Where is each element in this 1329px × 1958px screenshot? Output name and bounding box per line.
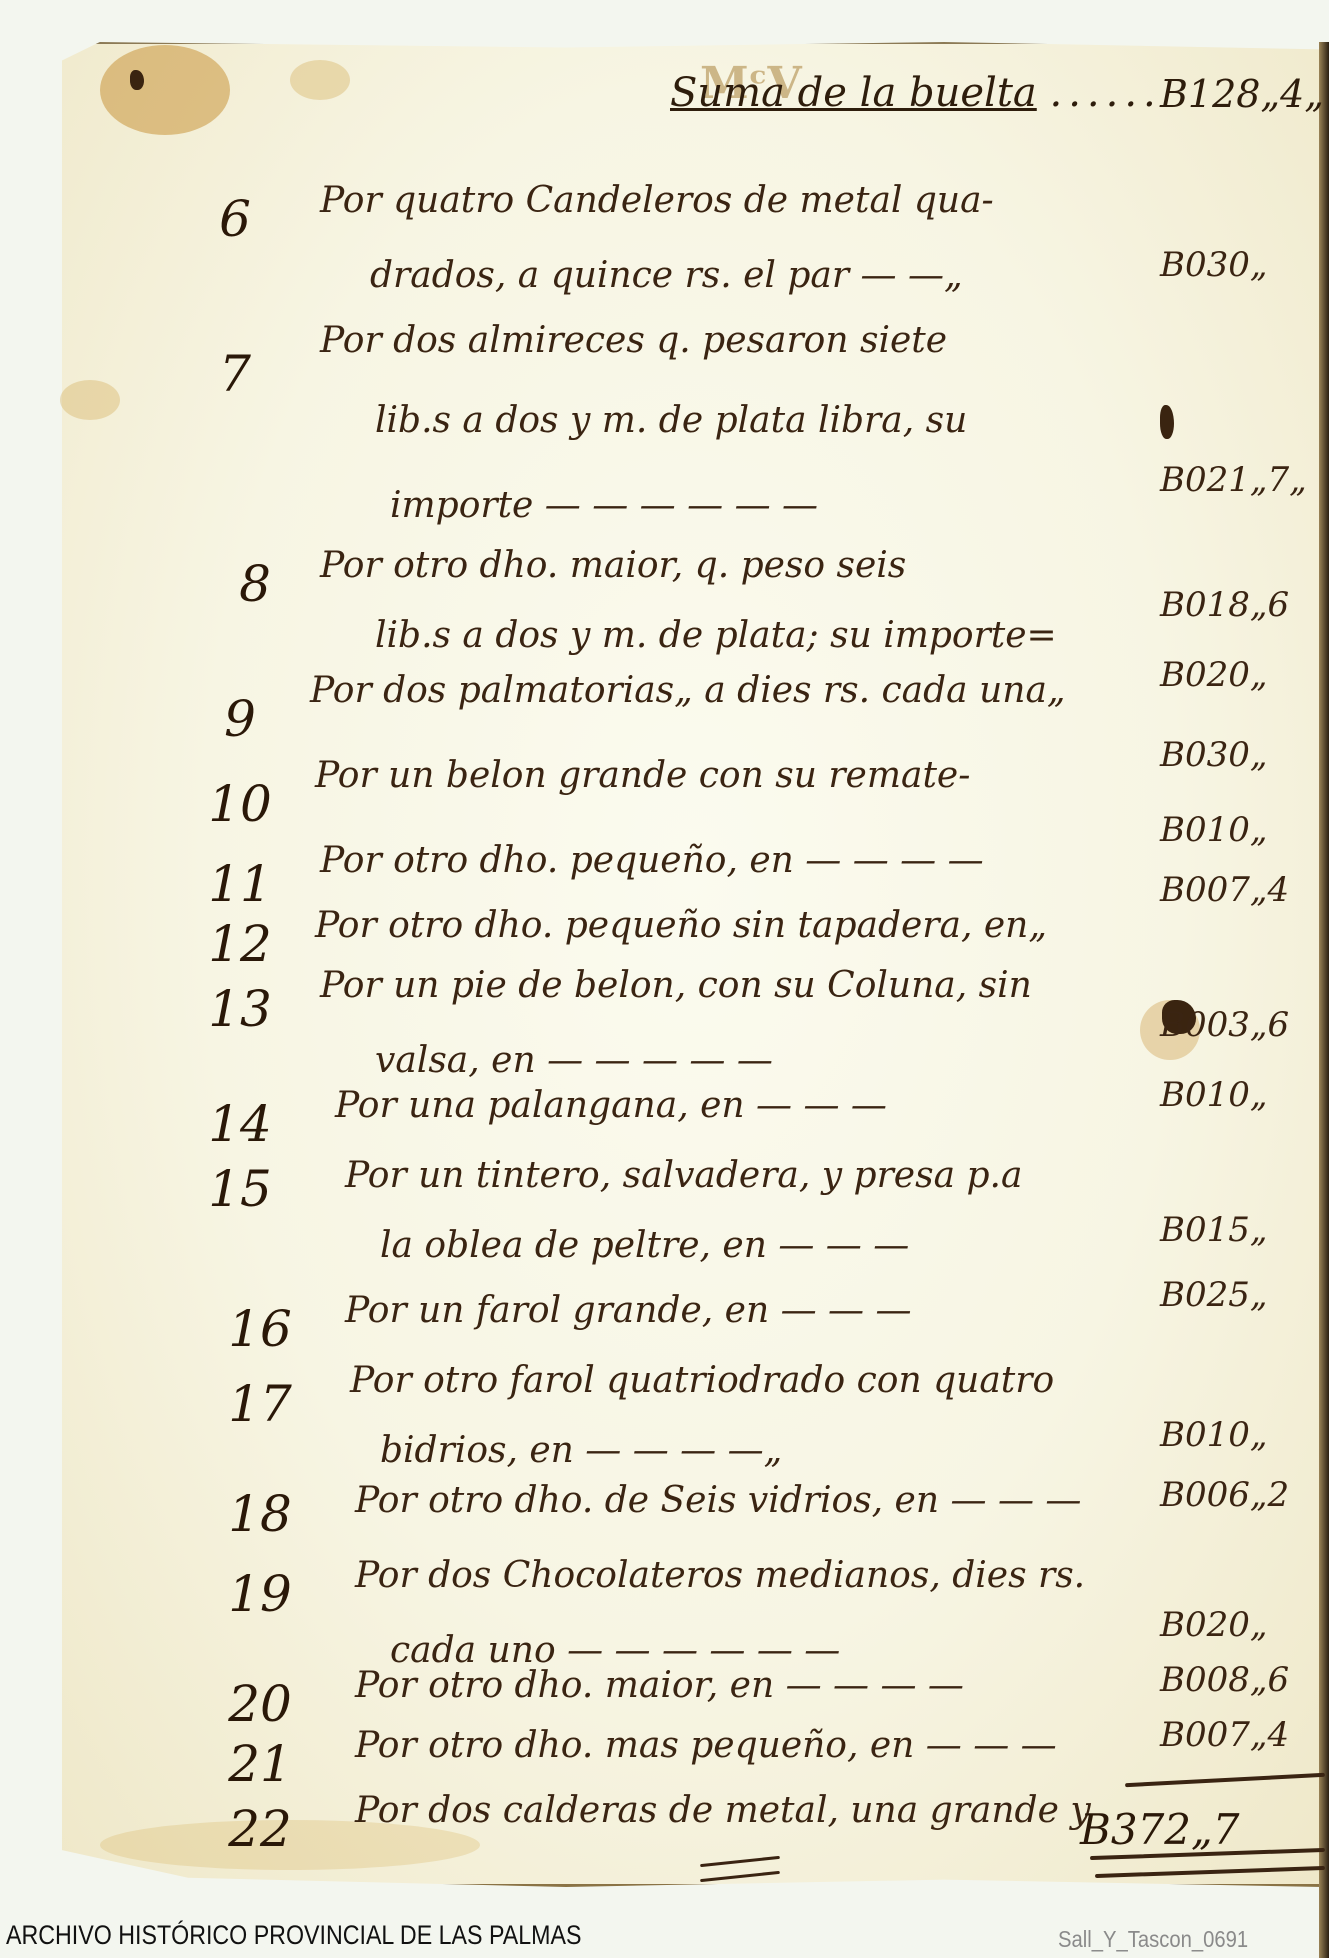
entry-line: importe — — — — — — — [390, 485, 818, 526]
ink-blot — [1160, 405, 1174, 439]
entry-line: Por otro dho. de Seis vidrios, en — — — — [355, 1480, 1081, 1521]
entry-line: Por dos almireces q. pesaron siete — [320, 320, 947, 361]
entry-amount: B015„ — [1160, 1210, 1268, 1250]
entry-amount: B007„4 — [1160, 870, 1289, 910]
entry-number: 11 — [195, 855, 285, 913]
entry-number: 9 — [195, 690, 285, 748]
entry-number: 7 — [190, 345, 280, 403]
entry-number: 21 — [215, 1735, 305, 1793]
entry-amount: B020„ — [1160, 1605, 1268, 1645]
entry-amount: B010„ — [1160, 1415, 1268, 1455]
entry-line: Por quatro Candeleros de metal qua- — [320, 180, 994, 221]
entry-number: 20 — [215, 1675, 305, 1733]
entry-line: lib.s a dos y m. de plata libra, su — [375, 400, 967, 441]
entry-line: lib.s a dos y m. de plata; su importe= — [375, 615, 1057, 656]
entry-amount: B030„ — [1160, 735, 1268, 775]
entry-line: Por otro dho. maior, en — — — — — [355, 1665, 964, 1706]
entry-amount: B007„4 — [1160, 1715, 1289, 1755]
entry-amount: B008„6 — [1160, 1660, 1289, 1700]
entry-line: drados, a quince rs. el par — —„ — [370, 255, 963, 296]
entry-amount: B025„ — [1160, 1275, 1268, 1315]
entry-number: 14 — [195, 1095, 285, 1153]
entry-line: Por una palangana, en — — — — [335, 1085, 887, 1126]
entry-number: 8 — [210, 555, 300, 613]
entry-line: Por otro dho. pequeño, en — — — — — [320, 840, 984, 881]
entry-line: bidrios, en — — — —„ — [380, 1430, 782, 1471]
image-reference: Sall_Y_Tascon_0691 — [1058, 1926, 1248, 1953]
entry-amount: B020„ — [1160, 655, 1268, 695]
entry-amount: B018„6 — [1160, 585, 1289, 625]
entry-line: Por un belon grande con su remate- — [315, 755, 970, 796]
heading-leader: ...... — [1049, 70, 1161, 116]
entry-line: Por otro dho. mas pequeño, en — — — — [355, 1725, 1057, 1766]
page-heading: Suma de la buelta ...... — [670, 70, 1162, 116]
entry-number: 6 — [190, 190, 280, 248]
archive-name: ARCHIVO HISTÓRICO PROVINCIAL DE LAS PALM… — [6, 1920, 581, 1951]
entry-number: 15 — [195, 1160, 285, 1218]
entry-number: 19 — [215, 1565, 305, 1623]
entry-number: 10 — [195, 775, 285, 833]
entry-line: la oblea de peltre, en — — — — [380, 1225, 909, 1266]
entry-amount: B006„2 — [1160, 1475, 1289, 1515]
entry-number: 17 — [215, 1375, 305, 1433]
ink-blot — [130, 70, 144, 90]
entry-line: Por otro dho. pequeño sin tapadera, en„ — [315, 905, 1047, 946]
entry-amount: B021„7„ — [1160, 460, 1307, 500]
heading-title: Suma de la buelta — [670, 70, 1037, 116]
entry-amount: B030„ — [1160, 245, 1268, 285]
entry-line: Por dos calderas de metal, una grande y — [355, 1790, 1091, 1831]
entry-number: 18 — [215, 1485, 305, 1543]
entry-number: 13 — [195, 980, 285, 1038]
entry-amount: B003„6 — [1160, 1005, 1289, 1045]
entry-line: valsa, en — — — — — — [375, 1040, 773, 1081]
entry-line: Por dos Chocolateros medianos, dies rs. — [355, 1555, 1085, 1596]
entry-line: Por un farol grande, en — — — — [345, 1290, 912, 1331]
carried-amount: B128„4„ — [1160, 72, 1324, 116]
running-total: B372„7 — [1080, 1805, 1240, 1854]
entry-line: Por dos palmatorias„ a dies rs. cada una… — [310, 670, 1066, 711]
entry-line: Por un pie de belon, con su Coluna, sin — [320, 965, 1032, 1006]
entry-number: 22 — [215, 1800, 305, 1858]
entry-line: Por un tintero, salvadera, y presa p.a — [345, 1155, 1022, 1196]
entry-number: 12 — [195, 915, 285, 973]
entry-line: Por otro farol quatriodrado con quatro — [350, 1360, 1054, 1401]
entry-line: Por otro dho. maior, q. peso seis — [320, 545, 906, 586]
entry-amount: B010„ — [1160, 1075, 1268, 1115]
page-edge — [1319, 42, 1329, 1958]
entry-number: 16 — [215, 1300, 305, 1358]
entry-amount: B010„ — [1160, 810, 1268, 850]
